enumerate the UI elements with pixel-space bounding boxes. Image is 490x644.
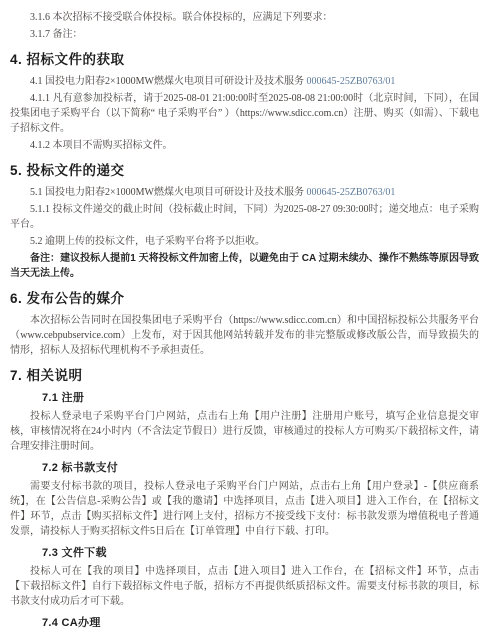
subsection-7-1-title: 7.1 注册: [42, 391, 479, 405]
download-body: 投标人可在【我的项目】中选择项目，点击【进入项目】进入工作台，在【招标文件】环节…: [10, 564, 479, 609]
section-6-title: 6. 发布公告的媒介: [10, 291, 479, 307]
section-4-title: 4. 招标文件的获取: [10, 52, 479, 68]
project-code-4-1: 000645-25ZB0763/01: [306, 76, 395, 87]
clause-5-1-text: 5.1 国投电力阳春2×1000MW燃煤火电项目可研设计及技术服务: [30, 187, 304, 198]
section-6-body: 本次招标公告同时在国投集团电子采购平台（https://www.sdicc.co…: [10, 313, 479, 358]
registration-body: 投标人登录电子采购平台门户网站，点击右上角【用户注册】注册用户账号，填写企业信息…: [10, 409, 479, 454]
clause-3-1-7: 3.1.7 备注：: [10, 27, 479, 42]
clause-4-1-2: 4.1.2 本项目不需购买招标文件。: [10, 138, 479, 153]
project-code-5-1: 000645-25ZB0763/01: [306, 187, 395, 198]
subsection-7-4-title: 7.4 CA办理: [42, 616, 479, 630]
section-7-title: 7. 相关说明: [10, 368, 479, 384]
clause-3-1-6: 3.1.6 本次招标不接受联合体投标。联合体投标的，应满足下列要求：: [10, 10, 479, 25]
clause-5-2: 5.2 逾期上传的投标文件，电子采购平台将予以拒收。: [10, 234, 479, 249]
clause-4-1-text: 4.1 国投电力阳春2×1000MW燃煤火电项目可研设计及技术服务: [30, 76, 304, 87]
subsection-7-3-title: 7.3 文件下载: [42, 546, 479, 560]
payment-body: 需要支付标书款的项目，投标人登录电子采购平台门户网站，点击右上角【用户登录】-【…: [10, 479, 479, 539]
subsection-7-2-title: 7.2 标书款支付: [42, 461, 479, 475]
clause-4-1: 4.1 国投电力阳春2×1000MW燃煤火电项目可研设计及技术服务 000645…: [10, 74, 479, 89]
tender-notice-page: 3.1.6 本次招标不接受联合体投标。联合体投标的，应满足下列要求： 3.1.7…: [0, 0, 490, 644]
clause-5-1: 5.1 国投电力阳春2×1000MW燃煤火电项目可研设计及技术服务 000645…: [10, 185, 479, 200]
clause-4-1-1: 4.1.1 凡有意参加投标者，请于2025-08-01 21:00:00时至20…: [10, 91, 479, 136]
upload-deadline-note: 备注：建议投标人提前1 天将投标文件加密上传，以避免由于 CA 过期未续办、操作…: [10, 251, 479, 281]
section-5-title: 5. 投标文件的递交: [10, 163, 479, 179]
clause-5-1-1: 5.1.1 投标文件递交的截止时间（投标截止时间，下同）为2025-08-27 …: [10, 202, 479, 232]
